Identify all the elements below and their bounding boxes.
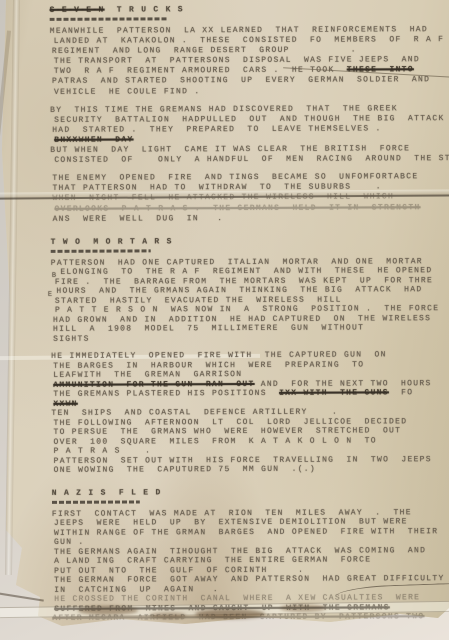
text-run: HAD GROWN AND IN ADDITION HE HAD CAPTURE… — [53, 314, 431, 325]
text-run: OVER 100 SQUARE MILES FROM K A T A K O L… — [54, 436, 377, 446]
struck-text: AFTER MEGARA AIRFIELD HAD BEEN CAPTURED … — [52, 612, 424, 623]
section: N A Z I S F L E DFIRST CONTACT WAS MADE … — [52, 487, 445, 624]
section-heading: N A Z I S F L E D — [52, 487, 444, 500]
struck-text: BHXXWHEN DAY — [54, 135, 133, 144]
text-run: LEAFWITH THE GREMAN GARRISON — [53, 370, 242, 380]
text-run: T R U C K S — [105, 5, 184, 14]
text-run: P A T R A S . — [54, 447, 152, 456]
paragraph: MEANWHILE PATTERSON LA XX LEARNED THAT R… — [50, 25, 442, 97]
text-run: BUT WHEN DAY LIGHT CAME IT WAS CLEAR THE… — [50, 144, 410, 155]
text-run: E — [48, 291, 54, 299]
section-heading: T W O M O R T A R S — [51, 236, 443, 249]
paragraph: PATTERSON HAD ONE CAPTURED ITALIAN MORTA… — [51, 257, 443, 344]
text-run: MEANWHILE PATTERSON LA XX LEARNED THAT R… — [50, 25, 428, 36]
text-run: WITHIN RANGE OF THE GRMAN BARGES AND OPE… — [54, 527, 438, 538]
text-line: VEHICLE HE COULE FIND . — [50, 86, 442, 98]
text-line: AFTER MEGARA AIRFIELD HAD BEEN CAPTURED … — [52, 612, 444, 623]
text-line: ANS WERE WELL DUG IN . — [51, 213, 443, 225]
section: T W O M O R T A R SPATTERSON HAD ONE CAP… — [51, 236, 444, 476]
text-run: THE GREMANS PLASTERED HIS POSITIONS — [53, 389, 279, 399]
text-line: ONE WOWING THE CAPUTURED 75 MM GUN .(.) — [52, 464, 444, 475]
text-run: HOURS AND THE GRMANS AGAIN THINKING THE … — [56, 285, 422, 296]
text-run: THE ENEMY OPENED FIRE AND TINGS BECAME S… — [52, 172, 418, 183]
text-line: OVERLOOKS P A T R A S . THE GERMANS HELD… — [51, 203, 443, 215]
struck-text: THESE INTO — [347, 66, 414, 75]
paragraph: HE IMMEDIATELY OPENED FIRE WITH THE CAPT… — [51, 350, 444, 475]
section: S-E-V-E-N T R U C K SMEANWHILE PATTERSON… — [50, 4, 443, 224]
text-run: HILL A 1908 MODEL 75 MILLIMETERE GUN WIT… — [53, 324, 364, 334]
text-run: THAT PATTERSON HAD TO WITHDRAW TO THE SU… — [52, 183, 381, 193]
paragraph: BY THIS TIME THE GREMANS HAD DISCOVERED … — [50, 104, 442, 166]
text-run: REGIMENT AND LONG RANGE DESERT GROUP . — [52, 46, 357, 56]
text-line: SIGHTS — [51, 333, 443, 344]
text-run: TWO R A F REGIMENT ARMOURED CARS . HE TO… — [54, 66, 347, 76]
text-run: N A Z I S F L E D — [52, 488, 162, 497]
text-run: B — [52, 272, 58, 280]
text-run: T W O M O R T A R S — [51, 237, 173, 247]
text-run: A LAND ING CRAFT CARRYING THE ENTIRE GER… — [54, 556, 371, 566]
text-run: ONE WOWING THE CAPUTURED 75 MM GUN .(.) — [54, 465, 316, 475]
text-run: FO — [389, 388, 413, 397]
struck-text: IXX WITH THE GUNS — [279, 389, 389, 398]
text-run: BY THIS TIME THE GREMANS HAD DISCOVERED … — [50, 104, 398, 115]
paragraph: FIRST CONTACT WAS MADE AT RION TEN MILES… — [52, 508, 444, 624]
paragraph: THE ENEMY OPENED FIRE AND TINGS BECAME S… — [50, 172, 442, 224]
text-run: PATTERSON SET OUT WITH HIS FORCE TRAVELL… — [54, 455, 432, 466]
text-line: CONSISTED OF ONLY A HANDFUL OF MEN RACIN… — [50, 154, 442, 166]
text-run: PATRAS AND STARTED SHOOTING UP EVERY GER… — [52, 76, 430, 87]
document-text: S-E-V-E-N T R U C K SMEANWHILE PATTERSON… — [50, 3, 445, 631]
text-run: THE BARGES IN HARBOUR WHICH WERE PREPARI… — [53, 360, 364, 370]
text-run: SIGHTS — [53, 334, 90, 343]
heading-underline — [51, 249, 151, 252]
text-run: IN CATCHING UP AGAIN . — [54, 585, 219, 595]
text-run: CONSISTED OF ONLY A HANDFUL OF MEN RACIN… — [54, 154, 449, 165]
struck-text: XXWN — [53, 399, 77, 408]
heading-underline — [52, 500, 140, 503]
text-run: WHEN NIGHT FELL HE ATTACKED THE WIRELESS… — [52, 193, 394, 203]
struck-text: AMMUNITION FOR THE GUN RAN OUT — [53, 380, 254, 390]
text-run: VEHICLE HE COULE FIND . — [54, 87, 200, 97]
document-photo: S-E-V-E-N T R U C K SMEANWHILE PATTERSON… — [0, 0, 449, 640]
text-run: SECURITY BATTALION HADPULLED OUT AND THO… — [54, 114, 444, 125]
struck-text: S-E-V-E-N — [50, 6, 105, 15]
struck-text: OVERLOOKS P A T R A S . THE GERMANS HELD… — [55, 203, 421, 214]
text-run: THE GERMAN FORCE GOT AWAY AND PATTERSON … — [54, 574, 444, 585]
text-run: HAD STARTED . THEY PREPARED TO LEAVE THE… — [52, 124, 381, 134]
text-run: AND FOR THE NEXT TWO HOURS — [255, 379, 432, 389]
text-run: LANDED AT KATAKOLON . THESE CONSISTED FO… — [54, 35, 444, 46]
section-heading: S-E-V-E-N T R U C K S — [50, 4, 442, 17]
text-run: ANS WERE WELL DUG IN . — [53, 214, 224, 224]
text-run: GUN . — [54, 538, 85, 547]
heading-underline — [50, 17, 168, 21]
